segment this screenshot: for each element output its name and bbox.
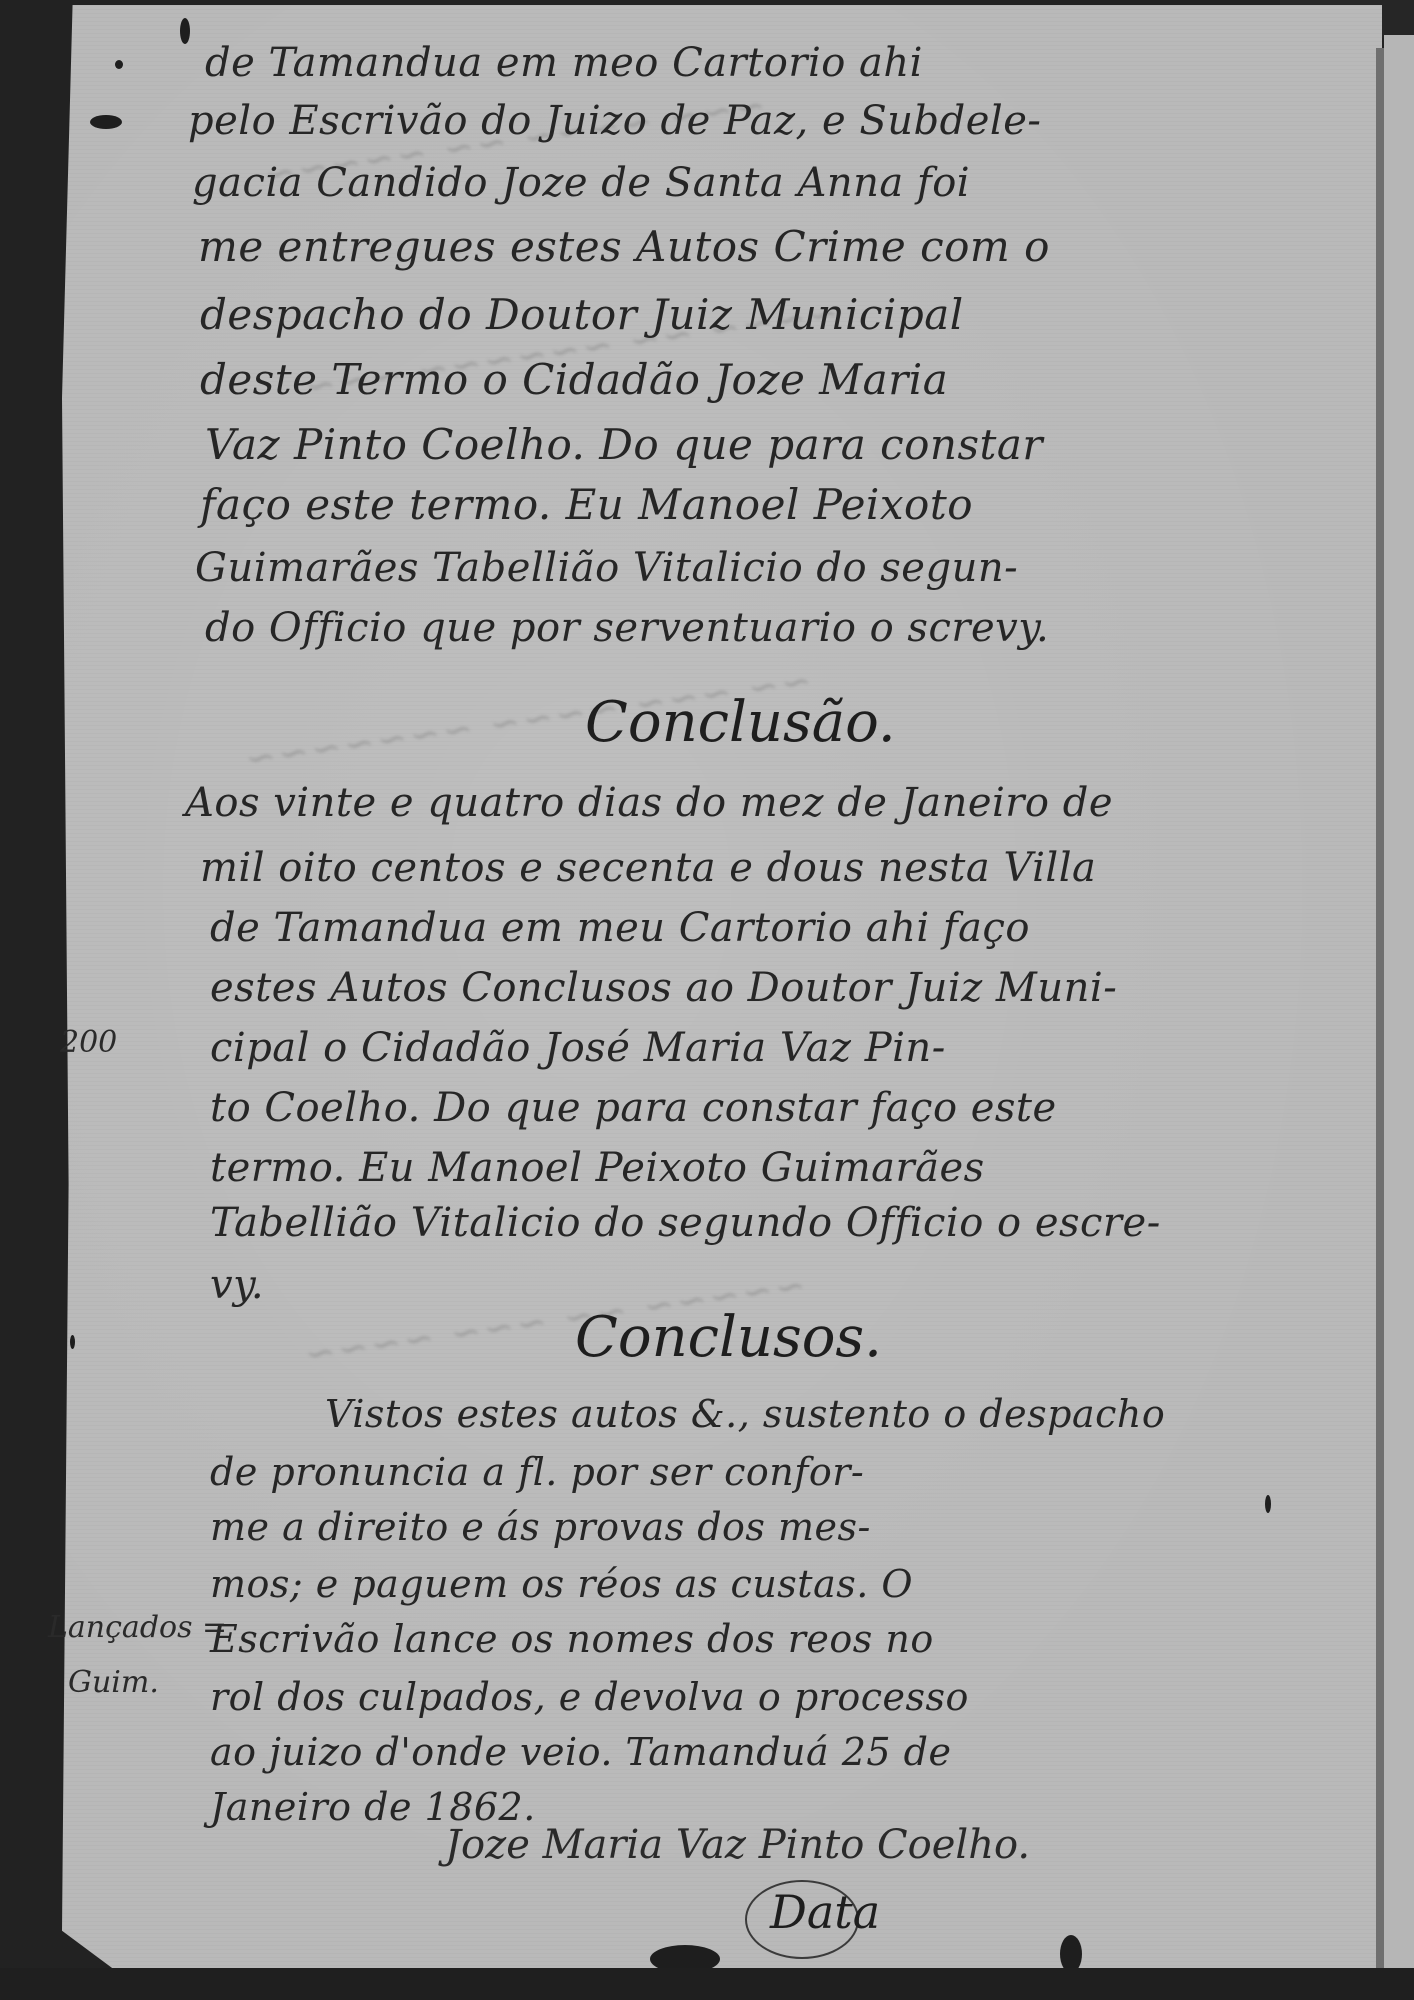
text-line: despacho do Doutor Juiz Municipal xyxy=(200,290,964,339)
text-line: Aos vinte e quatro dias do mez de Janeir… xyxy=(185,780,1113,826)
judge-signature: Joze Maria Vaz Pinto Coelho. xyxy=(445,1822,1030,1868)
text-line: pelo Escrivão do Juizo de Paz, e Subdele… xyxy=(188,98,1041,144)
ink-blot xyxy=(1265,1495,1271,1513)
ink-blot xyxy=(70,1335,75,1349)
heading-data: Data xyxy=(770,1885,880,1939)
text-line: faço este termo. Eu Manoel Peixoto xyxy=(200,480,973,529)
heading-conclusos: Conclusos. xyxy=(575,1305,882,1370)
page-fold xyxy=(1376,48,1384,2000)
heading-conclusao: Conclusão. xyxy=(585,690,896,755)
text-line: mos; e paguem os réos as custas. O xyxy=(210,1562,913,1606)
text-line: cipal o Cidadão José Maria Vaz Pin- xyxy=(210,1025,946,1071)
text-line: to Coelho. Do que para constar faço este xyxy=(210,1085,1057,1131)
scan-bottom-edge xyxy=(0,1968,1414,2000)
text-line: me a direito e ás provas dos mes- xyxy=(210,1505,871,1549)
text-line: Escrivão lance os nomes dos reos no xyxy=(210,1617,934,1661)
text-line: de Tamandua em meu Cartorio ahi faço xyxy=(210,905,1030,951)
text-line: gacia Candido Joze de Santa Anna foi xyxy=(192,160,970,206)
text-line: Guimarães Tabellião Vitalicio do segun- xyxy=(195,545,1018,591)
text-line: do Officio que por serventuario o screvy… xyxy=(205,605,1049,651)
text-line: vy. xyxy=(210,1262,264,1308)
text-line: mil oito centos e secenta e dous nesta V… xyxy=(200,845,1096,891)
adjacent-page-edge xyxy=(1384,35,1414,2000)
text-line: de pronuncia a fl. por ser confor- xyxy=(210,1450,864,1494)
ink-blot xyxy=(180,18,190,44)
folio-number: 200 xyxy=(60,1025,117,1060)
text-line: rol dos culpados, e devolva o processo xyxy=(210,1675,969,1719)
text-line: Vistos estes autos &., sustento o despac… xyxy=(325,1392,1165,1436)
text-line: Vaz Pinto Coelho. Do que para constar xyxy=(205,420,1043,469)
margin-note-initials: Guim. xyxy=(68,1665,159,1700)
text-line: de Tamandua em meo Cartorio ahi xyxy=(205,40,923,86)
text-line: estes Autos Conclusos ao Doutor Juiz Mun… xyxy=(210,965,1117,1011)
text-line: ao juizo d'onde veio. Tamanduá 25 de xyxy=(210,1730,951,1774)
margin-note-lancados: Lançados = xyxy=(48,1610,227,1645)
text-line: deste Termo o Cidadão Joze Maria xyxy=(200,355,948,404)
text-line: Tabellião Vitalicio do segundo Officio o… xyxy=(210,1200,1161,1246)
ink-blot xyxy=(90,115,122,129)
ink-blot xyxy=(115,60,123,69)
text-line: termo. Eu Manoel Peixoto Guimarães xyxy=(210,1145,985,1191)
text-line: me entregues estes Autos Crime com o xyxy=(198,222,1050,271)
